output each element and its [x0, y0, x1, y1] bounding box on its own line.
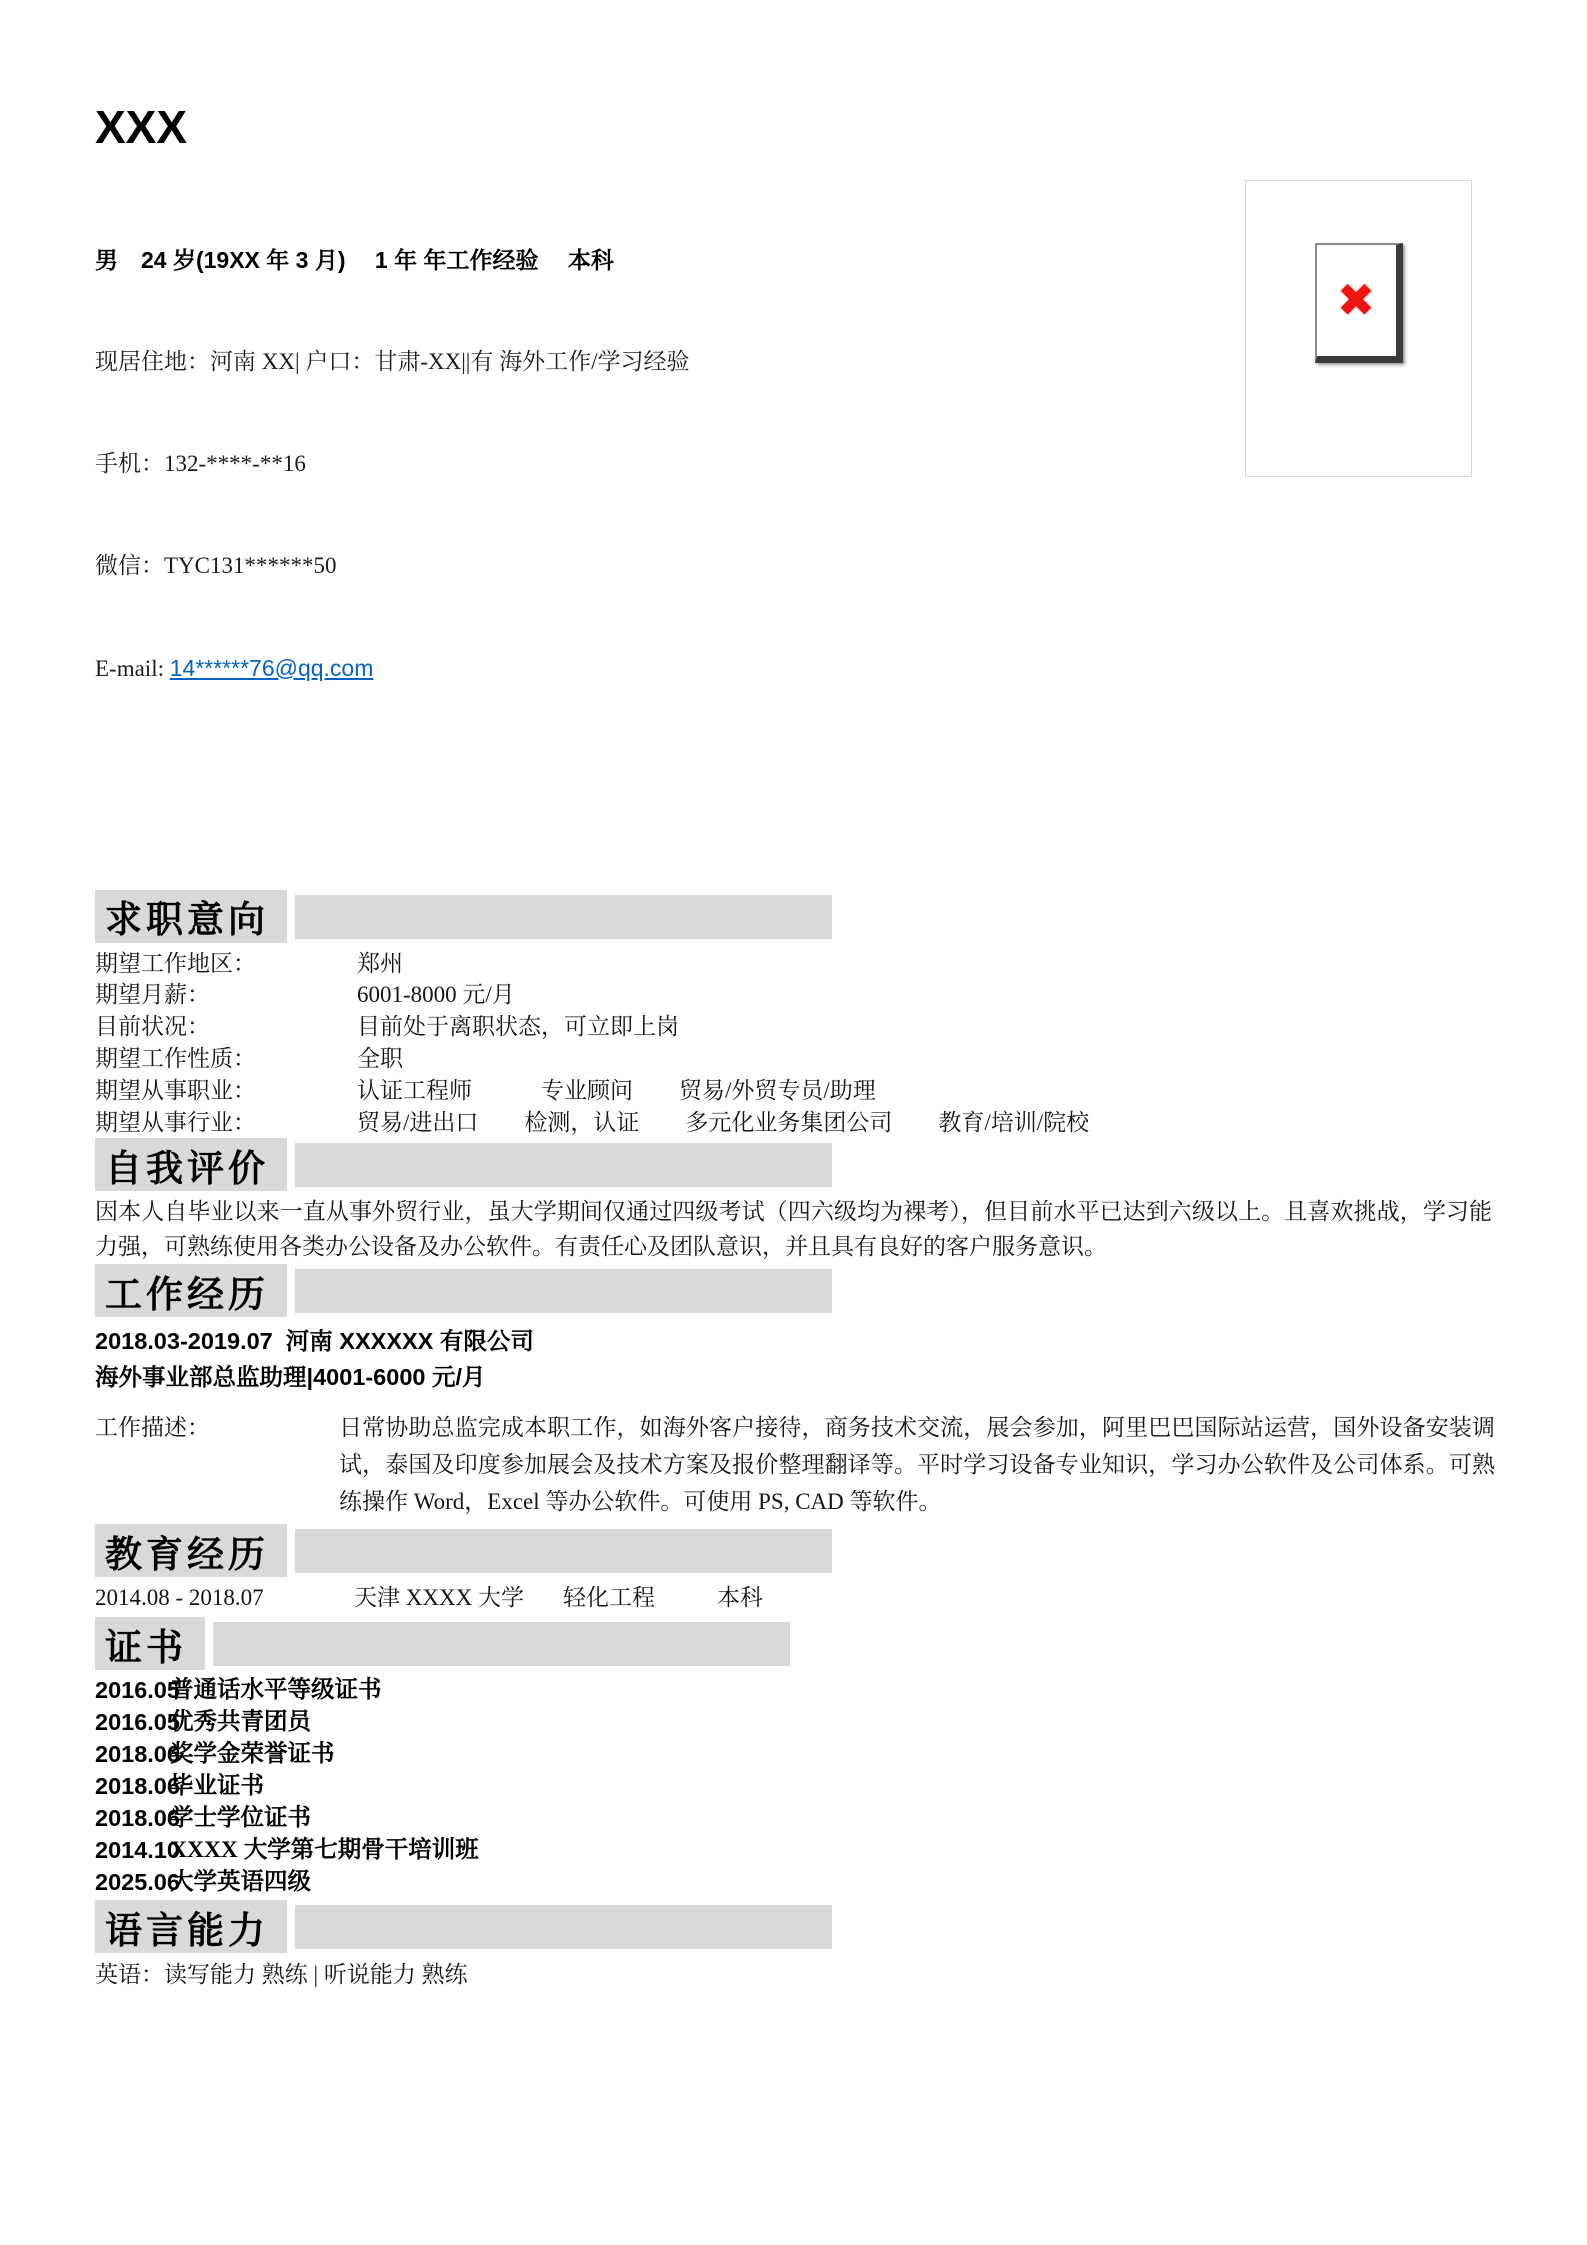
- certificate-row: 2018.06 学士学位证书: [95, 1802, 1495, 1834]
- work-position-salary: 海外事业部总监助理|4001-6000 元/月: [95, 1359, 1495, 1395]
- certificate-name: XXXX 大学第七期骨干培训班: [170, 1834, 479, 1866]
- section-header-education: 教育经历: [95, 1524, 832, 1577]
- section-header-self-evaluation: 自我评价: [95, 1138, 832, 1191]
- section-bar: [295, 1143, 832, 1187]
- section-bar: [295, 895, 832, 939]
- certificate-list: 2016.05 普通话水平等级证书 2016.05 优秀共青团员 2018.06…: [95, 1674, 1495, 1898]
- email-link[interactable]: 14******76@qq.com: [170, 655, 374, 681]
- certificate-date: 2025.06: [95, 1866, 170, 1898]
- kv-row-industry: 期望从事行业： 贸易/进出口 检测，认证 多元化业务集团公司 教育/培训/院校: [95, 1107, 1495, 1139]
- education-major: 轻化工程: [563, 1583, 717, 1613]
- email-line: E-mail: 14******76@qq.com: [95, 651, 1495, 686]
- kv-label: 期望月薪：: [95, 979, 357, 1011]
- kv-value: 全职: [357, 1043, 403, 1075]
- kv-row-work-area: 期望工作地区： 郑州: [95, 948, 1495, 980]
- contact-info-block: 男 24 岁(19XX 年 3 月) 1 年 年工作经验 本科 现居住地：河南 …: [95, 175, 1495, 754]
- education-school: 天津 XXXX 大学: [354, 1583, 563, 1613]
- kv-label: 期望从事职业：: [95, 1075, 357, 1107]
- section-header-work-experience: 工作经历: [95, 1264, 832, 1317]
- certificate-row: 2014.10 XXXX 大学第七期骨干培训班: [95, 1834, 1495, 1866]
- certificate-row: 2016.05 普通话水平等级证书: [95, 1674, 1495, 1706]
- self-evaluation-text: 因本人自毕业以来一直从事外贸行业，虽大学期间仅通过四级考试（四六级均为裸考），但…: [95, 1194, 1492, 1264]
- certificate-name: 奖学金荣誉证书: [170, 1738, 335, 1770]
- kv-value: 贸易/进出口 检测，认证 多元化业务集团公司 教育/培训/院校: [357, 1107, 1089, 1139]
- certificate-date: 2016.05: [95, 1706, 170, 1738]
- section-title-certificates: 证书: [95, 1617, 205, 1670]
- education-degree: 本科: [717, 1583, 763, 1613]
- certificate-date: 2018.06: [95, 1802, 170, 1834]
- kv-label: 期望工作地区：: [95, 948, 357, 980]
- work-description-text: 日常协助总监完成本职工作，如海外客户接待，商务技术交流，展会参加，阿里巴巴国际站…: [339, 1409, 1495, 1520]
- kv-label: 期望工作性质：: [95, 1043, 357, 1075]
- certificate-date: 2018.06: [95, 1738, 170, 1770]
- work-period-company: 2018.03-2019.07 河南 XXXXXX 有限公司: [95, 1323, 1495, 1359]
- section-header-job-intention: 求职意向: [95, 890, 832, 943]
- certificate-date: 2014.10: [95, 1834, 170, 1866]
- kv-value: 目前处于离职状态，可立即上岗: [357, 1011, 679, 1043]
- residence-line: 现居住地：河南 XX| 户口：甘肃-XX||有 海外工作/学习经验: [95, 345, 1495, 379]
- kv-value: 认证工程师 专业顾问 贸易/外贸专员/助理: [357, 1075, 876, 1107]
- kv-row-salary: 期望月薪： 6001-8000 元/月: [95, 979, 1495, 1011]
- education-period: 2014.08 - 2018.07: [95, 1583, 354, 1613]
- email-label: E-mail:: [95, 656, 164, 681]
- kv-label: 期望从事行业：: [95, 1107, 357, 1139]
- section-bar: [213, 1622, 790, 1666]
- certificate-name: 优秀共青团员: [170, 1706, 311, 1738]
- wechat-line: 微信：TYC131******50: [95, 549, 1495, 583]
- kv-value: 6001-8000 元/月: [357, 979, 515, 1011]
- kv-label: 目前状况：: [95, 1011, 357, 1043]
- kv-row-status: 目前状况： 目前处于离职状态，可立即上岗: [95, 1011, 1495, 1043]
- certificate-name: 毕业证书: [170, 1770, 264, 1802]
- certificate-row: 2018.06 奖学金荣誉证书: [95, 1738, 1495, 1770]
- certificate-date: 2016.05: [95, 1674, 170, 1706]
- section-bar: [295, 1529, 832, 1573]
- work-description-row: 工作描述： 日常协助总监完成本职工作，如海外客户接待，商务技术交流，展会参加，阿…: [95, 1409, 1495, 1520]
- section-title-education: 教育经历: [95, 1524, 287, 1577]
- basic-info-line: 男 24 岁(19XX 年 3 月) 1 年 年工作经验 本科: [95, 243, 1495, 277]
- certificate-name: 学士学位证书: [170, 1802, 311, 1834]
- section-title-self-evaluation: 自我评价: [95, 1138, 287, 1191]
- certificate-row: 2018.06 毕业证书: [95, 1770, 1495, 1802]
- kv-row-job-type: 期望工作性质： 全职: [95, 1043, 1495, 1075]
- phone-line: 手机：132-****-**16: [95, 447, 1495, 481]
- certificate-date: 2018.06: [95, 1770, 170, 1802]
- certificate-row: 2025.06 大学英语四级: [95, 1866, 1495, 1898]
- education-row: 2014.08 - 2018.07 天津 XXXX 大学 轻化工程 本科: [95, 1583, 1495, 1613]
- certificate-name: 普通话水平等级证书: [170, 1674, 382, 1706]
- section-title-job-intention: 求职意向: [95, 890, 287, 943]
- section-bar: [295, 1905, 832, 1949]
- resume-name: XXX: [95, 102, 1495, 153]
- language-english-row: 英语：读写能力 熟练 | 听说能力 熟练: [95, 1959, 1495, 1991]
- section-bar: [295, 1269, 832, 1313]
- section-title-work-experience: 工作经历: [95, 1264, 287, 1317]
- certificate-name: 大学英语四级: [170, 1866, 311, 1898]
- kv-value: 郑州: [357, 948, 403, 980]
- section-header-certificates: 证书: [95, 1617, 790, 1670]
- section-header-language: 语言能力: [95, 1900, 832, 1953]
- certificate-row: 2016.05 优秀共青团员: [95, 1706, 1495, 1738]
- job-intention-rows: 期望工作地区： 郑州 期望月薪： 6001-8000 元/月 目前状况： 目前处…: [95, 948, 1495, 1139]
- section-title-language: 语言能力: [95, 1900, 287, 1953]
- work-description-label: 工作描述：: [95, 1409, 339, 1520]
- kv-row-occupation: 期望从事职业： 认证工程师 专业顾问 贸易/外贸专员/助理: [95, 1075, 1495, 1107]
